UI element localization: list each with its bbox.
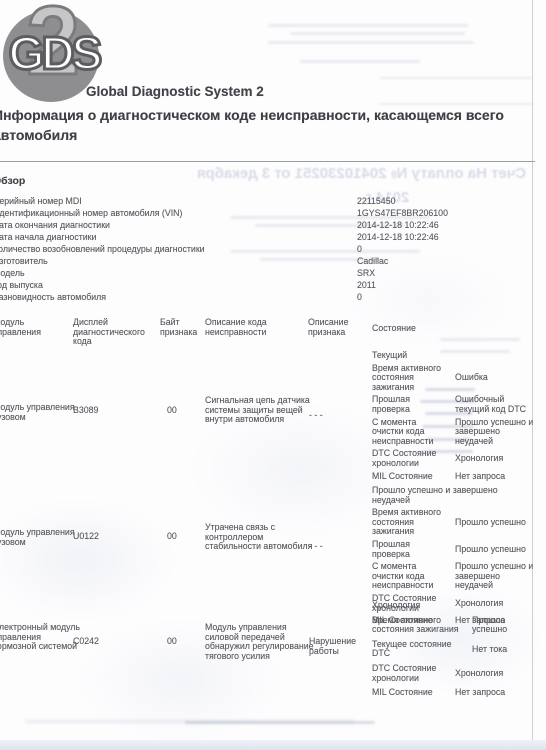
overview-heading: Обзор	[0, 175, 25, 187]
logo-gds-text: GDS	[0, 30, 110, 76]
status-value: Хронология	[455, 669, 539, 679]
scanned-diagnostic-report: Счет На оплату № 20410230251 от 3 декабр…	[0, 0, 546, 750]
bleedthrough-smudge	[185, 721, 375, 724]
status-label: Время активного состояния зажигания	[372, 616, 467, 635]
bleedthrough-smudge	[268, 41, 474, 44]
overview-row: Количество возобновлений процедуры диагн…	[0, 245, 541, 257]
bleedthrough-smudge	[300, 60, 420, 63]
status-full-line: Хронология	[372, 601, 532, 611]
header-dtc-description: Описание кода неисправности	[205, 318, 311, 337]
status-value: Ошибка	[455, 373, 539, 383]
overview-value: 2014-12-18 10:22:46	[357, 221, 439, 231]
bleedthrough-smudge	[440, 338, 520, 341]
bleedthrough-rule	[380, 77, 532, 79]
status-value: Нет тока	[472, 645, 546, 655]
header-module: Модуль управления	[0, 318, 51, 337]
cell-sign-description: - - -	[309, 411, 363, 421]
cell-code: B3089	[73, 406, 133, 416]
status-label: С момента очистки кода неисправности	[372, 418, 450, 447]
status-pair: Прошлая проверка Ошибочный текущий код D…	[372, 395, 544, 414]
overview-value: 2011	[357, 281, 376, 291]
overview-label: Серийный номер MDI	[0, 197, 82, 207]
header-sign-description: Описание признака	[308, 318, 366, 337]
status-pair: С момента очистки кода неисправности Про…	[372, 562, 544, 591]
status-pair: DTC Состояние хронологии Хронология	[372, 449, 544, 468]
header-sign-byte: Байт признака	[160, 318, 206, 337]
overview-value: Cadillac	[357, 257, 388, 267]
cell-byte: 00	[167, 637, 197, 647]
bleedthrough-smudge	[268, 24, 468, 27]
status-pair: DTC Состояние хронологии Хронология	[372, 664, 544, 683]
overview-label: Дата начала диагностики	[0, 233, 96, 243]
cell-code: U0122	[73, 532, 133, 542]
status-value: Нет запроса	[455, 472, 539, 482]
scan-edge-line	[532, 0, 533, 741]
cell-description: Сигнальная цепь датчика системы защиты в…	[205, 396, 319, 425]
status-label: Время активного состояния зажигания	[372, 508, 450, 537]
overview-value: SRX	[357, 269, 375, 279]
status-label: С момента очистки кода неисправности	[372, 562, 450, 591]
header-display-code: Дисплей диагностического кода	[73, 318, 163, 347]
status-pair: MIL Состояние Нет запроса	[372, 472, 544, 482]
status-label: DTC Состояние хронологии	[372, 449, 450, 468]
overview-value: 0	[357, 245, 362, 255]
cell-description: Модуль управления силовой передачей обна…	[205, 623, 319, 661]
status-full-line: Текущий	[372, 351, 532, 361]
overview-label: Год выпуска	[0, 281, 43, 291]
status-pair: Время активного состояния зажигания Ошиб…	[372, 364, 544, 393]
overview-value: 2014-12-18 10:22:46	[357, 233, 439, 243]
cell-code: C0242	[73, 637, 133, 647]
cell-sign-description: - - -	[309, 542, 363, 552]
overview-row: Изготовитель Cadillac	[0, 257, 541, 269]
status-full-line: Прошло успешно и завершено неудачей	[372, 486, 532, 505]
status-label: Прошлая проверка	[372, 540, 450, 559]
scan-bottom-band	[0, 740, 546, 750]
status-value: Прошло успешно и завершено неудачей	[455, 562, 539, 591]
status-pair: Время активного состояния зажигания Прош…	[372, 508, 544, 537]
bleedthrough-smudge	[290, 32, 465, 35]
status-label: MIL Состояние	[372, 472, 450, 482]
status-value: Прошло успешно	[455, 545, 539, 555]
status-value: Прошло успешно и завершено неудачей	[455, 418, 539, 447]
status-value: Нет запроса	[455, 688, 539, 698]
cell-byte: 00	[167, 406, 197, 416]
header-state: Состояние	[372, 324, 472, 334]
cell-description: Утрачена связь с контроллером стабильнос…	[205, 523, 319, 552]
app-title: Global Diagnostic System 2	[86, 84, 264, 99]
cell-sign-description: Нарушение работы	[309, 637, 363, 656]
overview-label: Модель	[0, 269, 25, 279]
overview-label: Идентификационный номер автомобиля (VIN)	[0, 209, 182, 219]
overview-value: 22115450	[357, 197, 396, 207]
status-label: DTC Состояние хронологии	[372, 664, 450, 683]
status-list: Текущий Время активного состояния зажига…	[372, 351, 544, 481]
status-value: Прошло успешно	[455, 518, 539, 528]
status-value: Хронология	[455, 454, 539, 464]
status-pair: Время активного состояния зажигания Прош…	[372, 616, 544, 635]
status-pair: Прошлая проверка Прошло успешно	[372, 540, 544, 559]
status-list: Хронология Время активного состояния заж…	[372, 601, 544, 698]
status-label: MIL Состояние	[372, 688, 450, 698]
horizontal-rule	[0, 161, 535, 162]
status-pair: С момента очистки кода неисправности Про…	[372, 418, 544, 447]
bleedthrough-invoice-text: Счет На оплату № 20410230251 от 3 декабр…	[158, 165, 526, 182]
status-value: Ошибочный текущий код DTC	[455, 395, 539, 414]
status-label: Время активного состояния зажигания	[372, 364, 450, 393]
status-value: Прошло успешно	[472, 616, 528, 635]
page-title: Информация о диагностическом коде неиспр…	[0, 105, 530, 145]
overview-row: Разновидность автомобиля 0	[0, 293, 541, 305]
cell-byte: 00	[167, 532, 197, 542]
overview-label: Изготовитель	[0, 257, 48, 267]
overview-value: 1GYS47EF8BR206100	[357, 209, 448, 219]
status-label: Текущее состояние DTC	[372, 640, 467, 659]
overview-label: Разновидность автомобиля	[0, 293, 106, 303]
status-pair: Текущее состояние DTC Нет тока	[372, 640, 544, 659]
status-label: Прошлая проверка	[372, 395, 450, 414]
overview-row: Модель SRX	[0, 269, 541, 281]
overview-value: 0	[357, 293, 362, 303]
overview-label: Количество возобновлений процедуры диагн…	[0, 245, 205, 255]
overview-list: Серийный номер MDI 22115450 Идентификаци…	[0, 197, 541, 305]
overview-label: Дата окончания диагностики	[0, 221, 110, 231]
status-pair: MIL Состояние Нет запроса	[372, 688, 544, 698]
